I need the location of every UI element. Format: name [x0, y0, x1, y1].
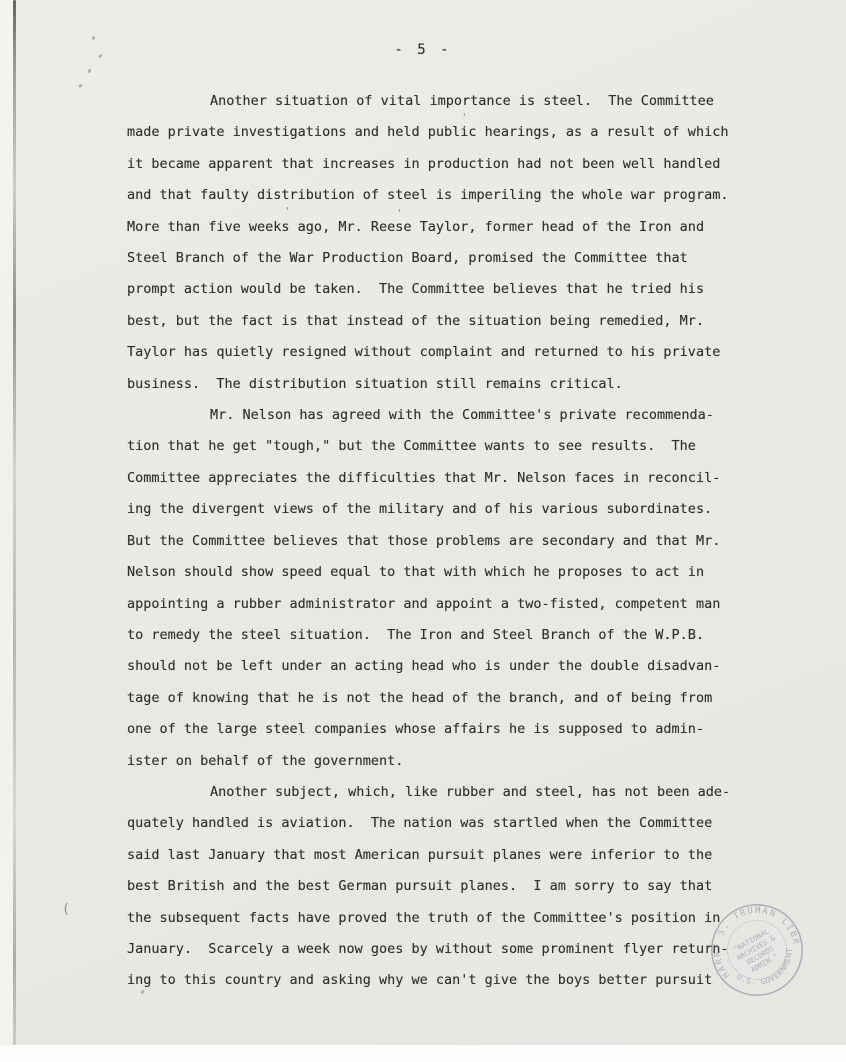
scan-background-strip	[0, 1045, 846, 1062]
text-line: said last January that most American pur…	[127, 840, 787, 871]
text-line: should not be left under an acting head …	[127, 651, 787, 682]
paper-speck: (	[62, 903, 70, 916]
paragraph: Mr. Nelson has agreed with the Committee…	[127, 400, 787, 777]
text-line: tion that he get "tough," but the Commit…	[127, 431, 787, 462]
text-line: ing the divergent views of the military …	[127, 494, 787, 525]
text-line: Taylor has quietly resigned without comp…	[127, 337, 787, 368]
text-line: to remedy the steel situation. The Iron …	[127, 620, 787, 651]
text-line: quately handled is aviation. The nation …	[127, 808, 787, 839]
text-line: best, but the fact is that instead of th…	[127, 306, 787, 337]
text-line: made private investigations and held pub…	[127, 117, 787, 148]
paper-speck	[87, 69, 91, 74]
torn-page-edge	[0, 0, 13, 1045]
text-line: prompt action would be taken. The Commit…	[127, 274, 787, 305]
text-line: business. The distribution situation sti…	[127, 369, 787, 400]
text-line: ister on behalf of the government.	[127, 746, 787, 777]
text-line: ing to this country and asking why we ca…	[127, 965, 787, 996]
paper-speck	[78, 84, 83, 89]
text-line: best British and the best German pursuit…	[127, 871, 787, 902]
archives-stamp-icon: HARRY S. TRUMAN LIBRARY U.S. GOVERNMENT …	[708, 901, 806, 999]
text-line: tage of knowing that he is not the head …	[127, 683, 787, 714]
scanned-page: - 5 - Another situation of vital importa…	[0, 0, 846, 1045]
text-line: the subsequent facts have proved the tru…	[127, 903, 787, 934]
paper-speck	[91, 36, 96, 41]
text-line: it became apparent that increases in pro…	[127, 149, 787, 180]
text-line: Mr. Nelson has agreed with the Committee…	[127, 400, 787, 431]
text-line: Steel Branch of the War Production Board…	[127, 243, 787, 274]
page-number: - 5 -	[0, 42, 846, 58]
text-line: Another subject, which, like rubber and …	[127, 777, 787, 808]
text-line: January. Scarcely a week now goes by wit…	[127, 934, 787, 965]
text-line: and that faulty distribution of steel is…	[127, 180, 787, 211]
text-line: Committee appreciates the difficulties t…	[127, 463, 787, 494]
text-line: one of the large steel companies whose a…	[127, 714, 787, 745]
paragraph: Another situation of vital importance is…	[127, 86, 787, 400]
text-line: appointing a rubber administrator and ap…	[127, 589, 787, 620]
text-line: Another situation of vital importance is…	[127, 86, 787, 117]
torn-page-edge-line	[13, 0, 16, 1045]
document-body: Another situation of vital importance is…	[127, 86, 787, 997]
text-line: But the Committee believes that those pr…	[127, 526, 787, 557]
paragraph: Another subject, which, like rubber and …	[127, 777, 787, 997]
text-line: Nelson should show speed equal to that w…	[127, 557, 787, 588]
text-line: More than five weeks ago, Mr. Reese Tayl…	[127, 212, 787, 243]
